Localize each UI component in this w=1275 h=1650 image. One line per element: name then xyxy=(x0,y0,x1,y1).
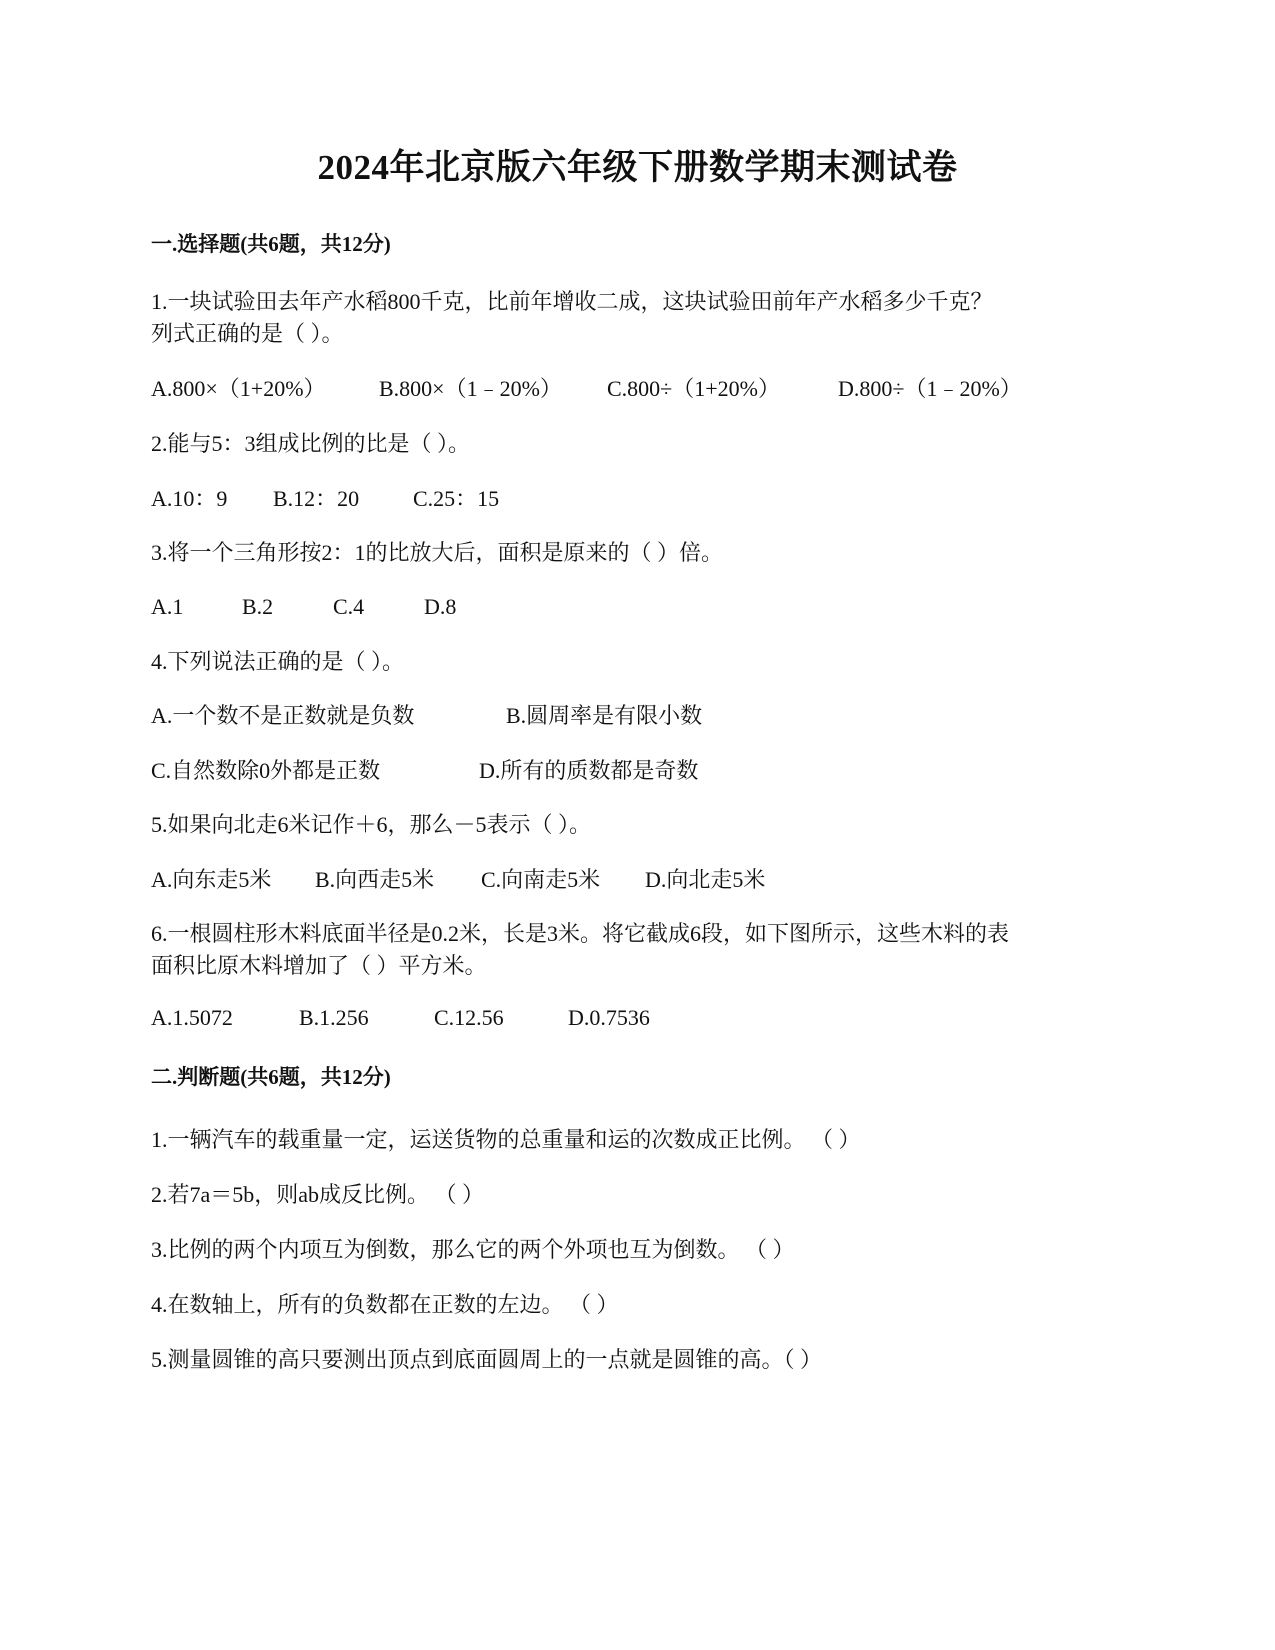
option-b: B.2 xyxy=(242,591,273,623)
section-heading-choice: 一.选择题(共6题，共12分) xyxy=(151,228,391,260)
judgment-question-2: 2.若7a＝5b，则ab成反比例。 （ ） xyxy=(151,1179,484,1211)
option-c: C.自然数除0外都是正数 xyxy=(151,755,380,787)
page-title: 2024年北京版六年级下册数学期末测试卷 xyxy=(0,146,1275,190)
option-d: D.0.7536 xyxy=(568,1002,650,1034)
option-a: A.800×（1+20%） xyxy=(151,373,326,405)
question-4: 4.下列说法正确的是（ ）。 xyxy=(151,646,404,678)
question-1-line-2: 列式正确的是（ ）。 xyxy=(151,318,344,350)
judgment-question-5: 5.测量圆锥的高只要测出顶点到底面圆周上的一点就是圆锥的高。（ ） xyxy=(151,1344,822,1376)
question-6-line-1: 6.一根圆柱形木料底面半径是0.2米，长是3米。将它截成6段，如下图所示，这些木… xyxy=(151,918,1009,950)
option-c: C.向南走5米 xyxy=(481,864,600,896)
option-a: A.1.5072 xyxy=(151,1002,233,1034)
question-3: 3.将一个三角形按2：1的比放大后，面积是原来的（ ）倍。 xyxy=(151,537,723,569)
option-b: B.向西走5米 xyxy=(315,864,434,896)
judgment-question-3: 3.比例的两个内项互为倒数，那么它的两个外项也互为倒数。 （ ） xyxy=(151,1234,795,1266)
option-a: A.1 xyxy=(151,591,183,623)
option-b: B.800×（1﹣20%） xyxy=(379,373,562,405)
option-c: C.25：15 xyxy=(413,483,499,515)
option-c: C.4 xyxy=(333,591,364,623)
option-b: B.12：20 xyxy=(273,483,359,515)
judgment-question-4: 4.在数轴上，所有的负数都在正数的左边。 （ ） xyxy=(151,1289,619,1321)
option-c: C.12.56 xyxy=(434,1002,504,1034)
option-c: C.800÷（1+20%） xyxy=(607,373,780,405)
option-a: A.向东走5米 xyxy=(151,864,271,896)
option-b: B.1.256 xyxy=(299,1002,369,1034)
question-5: 5.如果向北走6米记作＋6，那么－5表示（ ）。 xyxy=(151,809,591,841)
question-6-line-2: 面积比原木料增加了（ ）平方米。 xyxy=(151,950,487,982)
question-2: 2.能与5：3组成比例的比是（ ）。 xyxy=(151,428,470,460)
option-d: D.所有的质数都是奇数 xyxy=(479,755,698,787)
option-a: A.10：9 xyxy=(151,483,227,515)
option-a: A.一个数不是正数就是负数 xyxy=(151,700,414,732)
option-d: D.800÷（1﹣20%） xyxy=(838,373,1022,405)
section-heading-judgment: 二.判断题(共6题，共12分) xyxy=(151,1061,391,1093)
exam-page: 2024年北京版六年级下册数学期末测试卷 一.选择题(共6题，共12分) 1.一… xyxy=(0,0,1275,1650)
option-b: B.圆周率是有限小数 xyxy=(506,700,702,732)
judgment-question-1: 1.一辆汽车的载重量一定，运送货物的总重量和运的次数成正比例。 （ ） xyxy=(151,1124,861,1156)
question-1-line-1: 1.一块试验田去年产水稻800千克，比前年增收二成，这块试验田前年产水稻多少千克… xyxy=(151,286,993,318)
option-d: D.8 xyxy=(424,591,456,623)
option-d: D.向北走5米 xyxy=(645,864,765,896)
